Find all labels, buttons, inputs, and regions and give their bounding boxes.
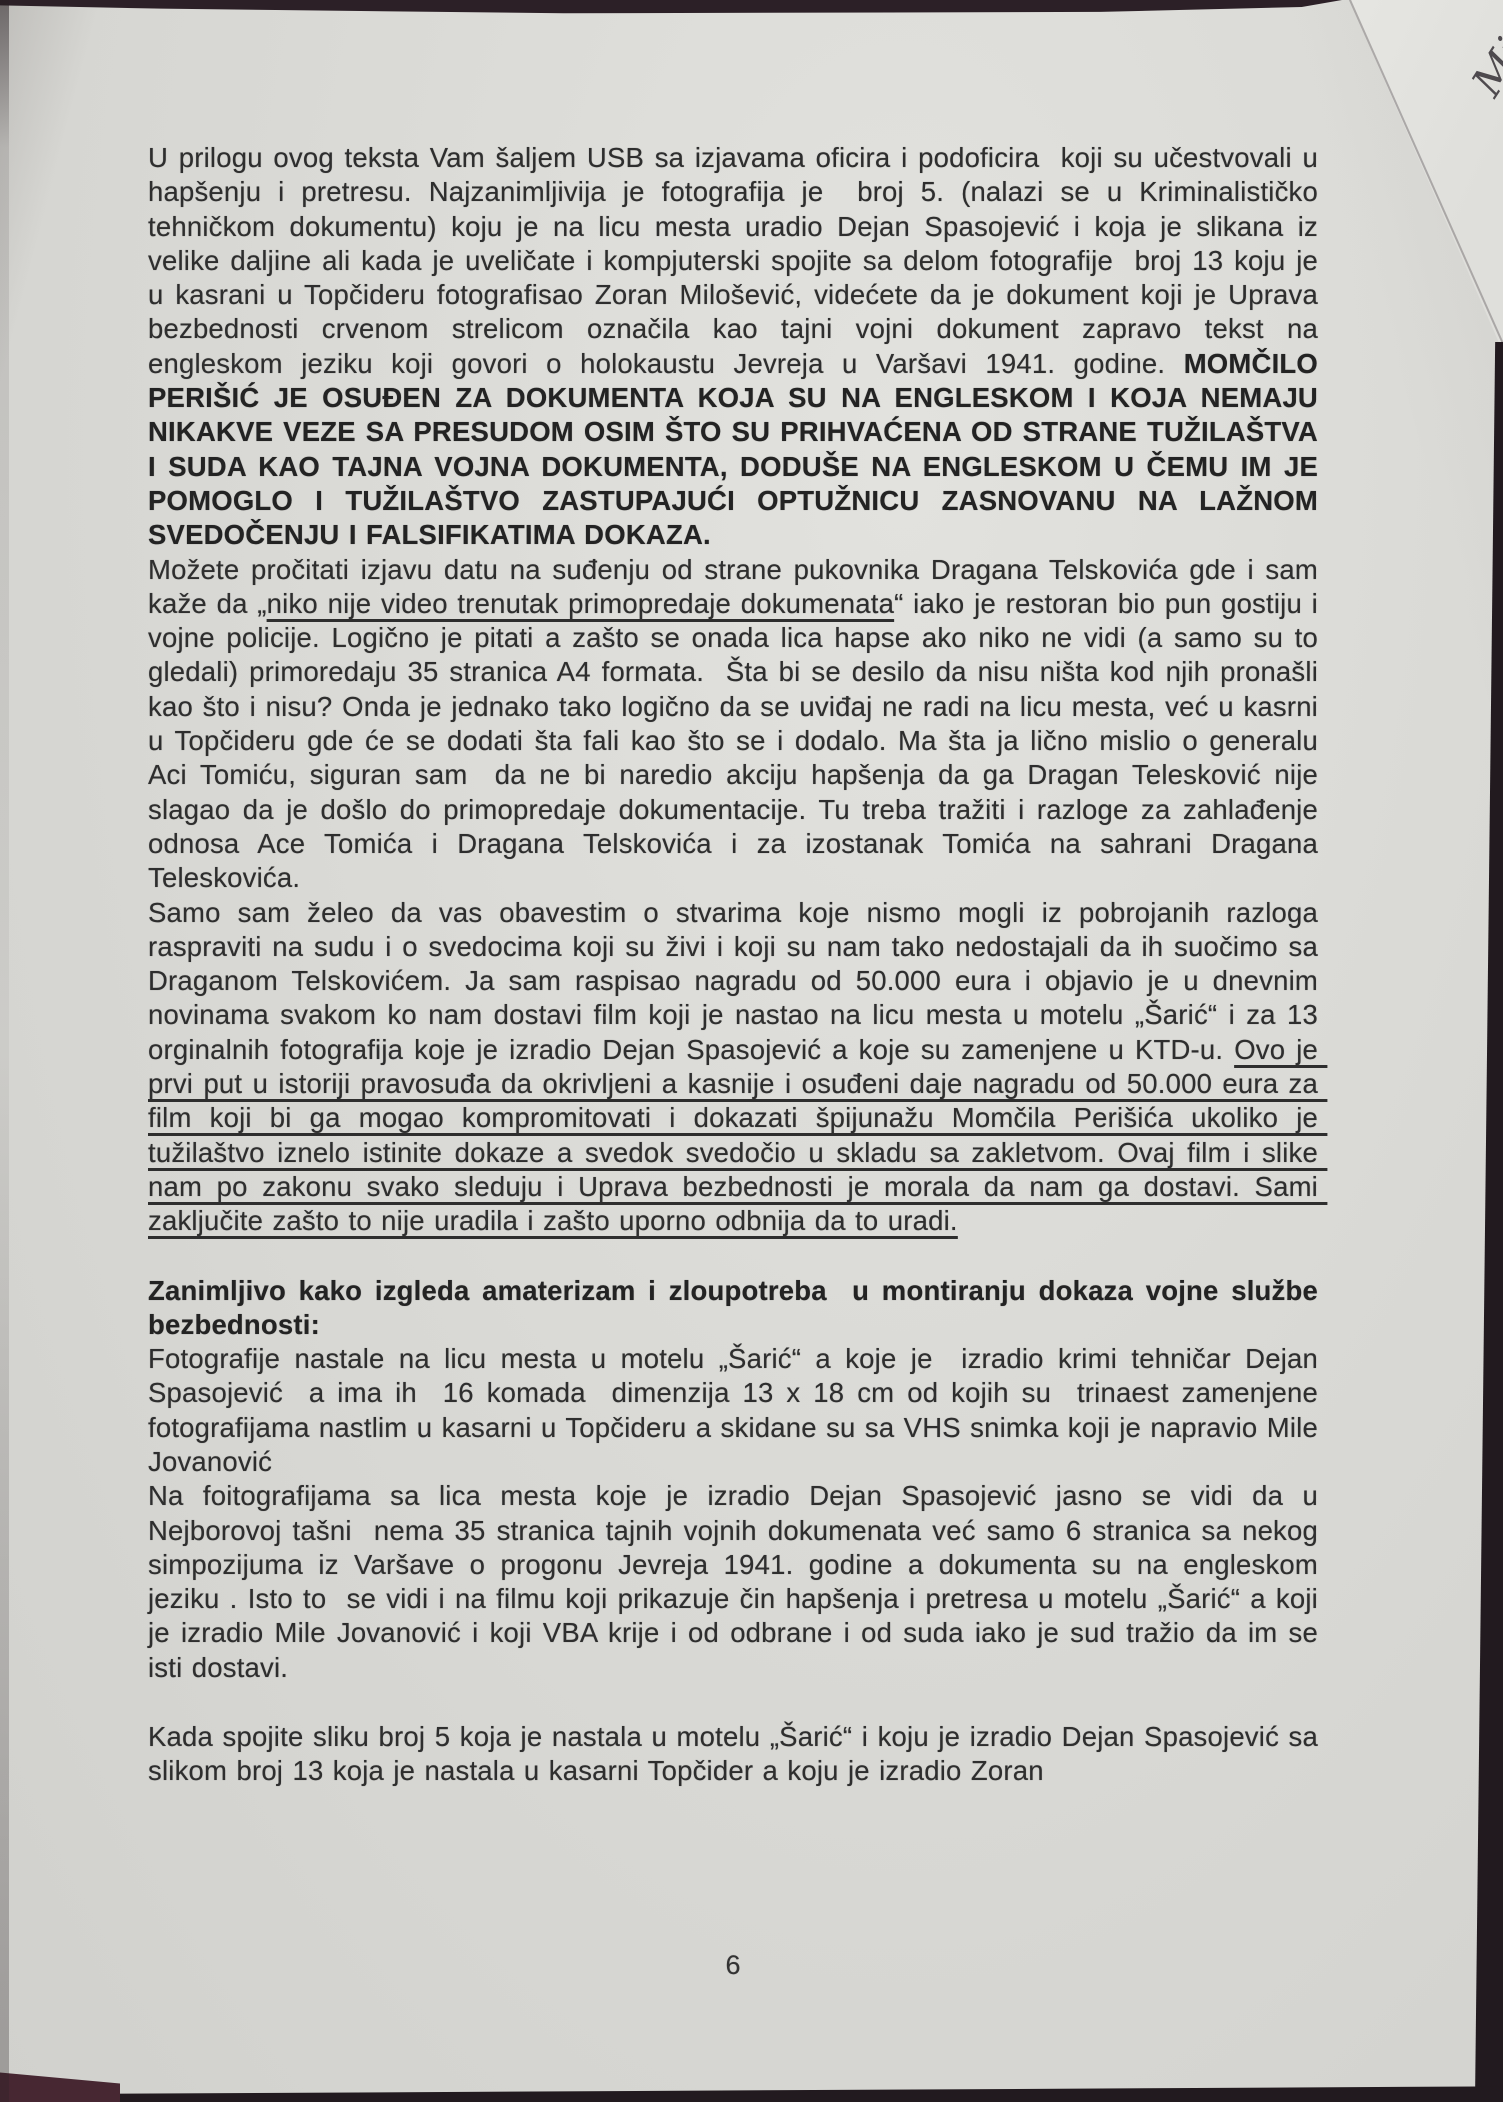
text-run: U prilogu ovog teksta Vam šaljem USB sa … bbox=[148, 142, 1327, 379]
paragraph-usb-intro: U prilogu ovog teksta Vam šaljem USB sa … bbox=[148, 141, 1318, 553]
text-run: Fotografije nastale na licu mesta u mote… bbox=[148, 1343, 1327, 1477]
text-run: Na foitografijama sa lica mesta koje je … bbox=[148, 1480, 1327, 1682]
scanned-document-page: U prilogu ovog teksta Vam šaljem USB sa … bbox=[0, 0, 1503, 2102]
heading-amaterizam: Zanimljivo kako izgleda amaterizam i zlo… bbox=[148, 1274, 1318, 1343]
text-run: Zanimljivo kako izgleda amaterizam i zlo… bbox=[148, 1275, 1327, 1340]
paragraph-kada-spojite: Kada spojite sliku broj 5 koja je nastal… bbox=[148, 1720, 1318, 1789]
page-number: 6 bbox=[148, 1950, 1318, 1981]
text-run: niko nije video trenutak primopredaje do… bbox=[267, 588, 894, 619]
text-run: Samo sam želeo da vas obavestim o stvari… bbox=[148, 897, 1337, 1065]
paragraph-reward: Samo sam želeo da vas obavestim o stvari… bbox=[148, 896, 1318, 1239]
scan-edge-left bbox=[0, 0, 9, 2102]
text-run: “ iako je restoran bio pun gostiju i voj… bbox=[148, 588, 1327, 893]
paragraph-photos-sarić: Fotografije nastale na licu mesta u mote… bbox=[148, 1342, 1318, 1479]
paper: U prilogu ovog teksta Vam šaljem USB sa … bbox=[0, 0, 1503, 2102]
paragraph-photos-evidence: Na foitografijama sa lica mesta koje je … bbox=[148, 1479, 1318, 1685]
document-body: U prilogu ovog teksta Vam šaljem USB sa … bbox=[148, 141, 1318, 1789]
text-run: Kada spojite sliku broj 5 koja je nastal… bbox=[148, 1721, 1327, 1786]
paragraph-teskovic-statement: Možete pročitati izjavu datu na suđenju … bbox=[148, 553, 1318, 896]
